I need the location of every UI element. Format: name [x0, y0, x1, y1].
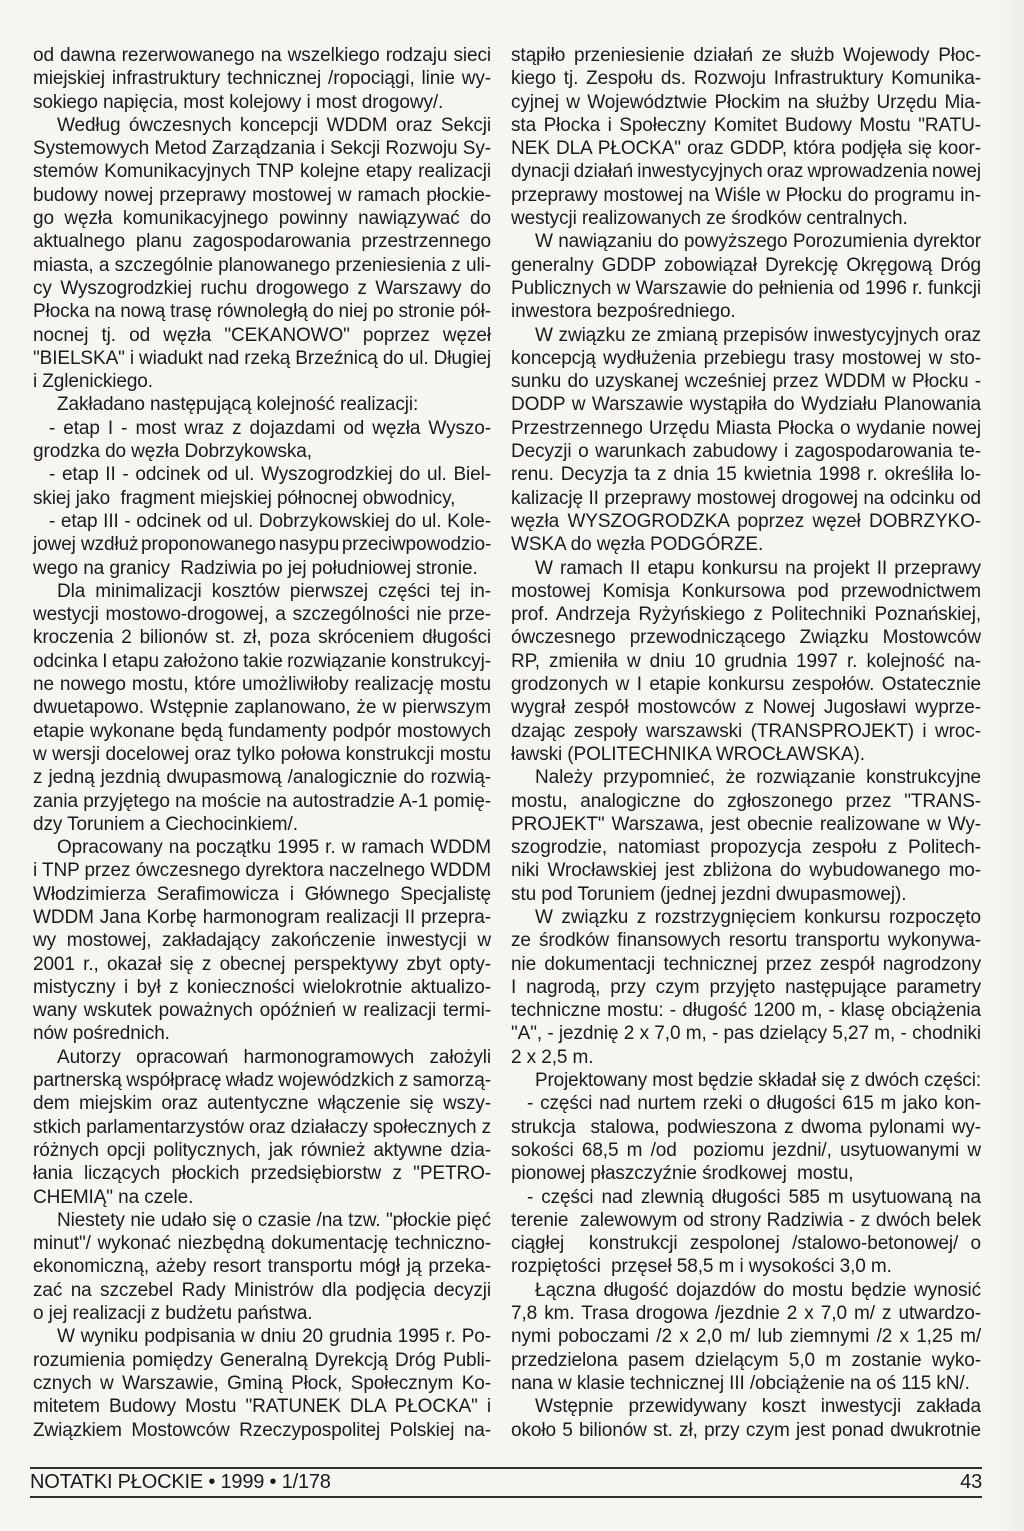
text-line-content: mostowej Komisja Konkursowa pod przewodn…	[511, 580, 981, 603]
text-line-content: grodzka do węzła Dobrzykowska,	[33, 440, 312, 463]
text-line-content: Publicznych w Warszawie do pełnienia od …	[511, 277, 981, 300]
text-line: wygrał zespół mostowców z Nowej Jugosław…	[511, 696, 981, 719]
text-line-content: sunku do uzyskanej wcześniej przez WDDM …	[511, 370, 981, 393]
text-line-content: mistyczny i był z konieczności wielokrot…	[33, 976, 491, 999]
text-line: sta Płocka i Społeczny Komitet Budowy Mo…	[511, 114, 981, 137]
text-line: W ramach II etapu konkursu na projekt II…	[511, 557, 981, 580]
text-line: - etap II - odcinek od ul. Wyszogrodzkie…	[33, 463, 491, 486]
text-line: nów pośrednich.	[33, 1022, 491, 1045]
text-line-content: Przestrzennego Urzędu Miasta Płocka o wy…	[511, 417, 981, 440]
text-line: Należy przypomnieć, że rozwiązanie konst…	[511, 766, 981, 789]
text-line-content: prof. Andrzeja Ryżyńskiego z Politechnik…	[511, 603, 981, 626]
text-line: grodzka do węzła Dobrzykowska,	[33, 440, 491, 463]
text-line-content: przeprawy mostowej na Wiśle w Płocku do …	[511, 184, 981, 207]
text-line-content: "A", - jezdnię 2 x 7,0 m, - pas dzielący…	[511, 1022, 981, 1045]
text-line: przedzielona pasem dzielącym 5,0 m zosta…	[511, 1349, 981, 1372]
text-line: Przestrzennego Urzędu Miasta Płocka o wy…	[511, 417, 981, 440]
text-line-content: - części nad zlewnią długości 585 m usyt…	[527, 1186, 981, 1209]
text-line: w wersji docelowej oraz tylko połowa kon…	[33, 743, 491, 766]
text-line: - części nad nurtem rzeki o długości 615…	[511, 1092, 981, 1115]
text-line-content: etapie wykonane będą fundamenty podpór m…	[33, 720, 491, 743]
text-line: dem miejskim oraz autentyczne włączenie …	[33, 1092, 491, 1115]
text-line: 7,8 km. Trasa drogowa /jezdnie 2 x 7,0 m…	[511, 1302, 981, 1325]
text-line-content: ówczesnego przewodniczącego Związku Most…	[511, 626, 981, 649]
text-line: westycji mostowo-drogowej, a szczególnoś…	[33, 603, 491, 626]
text-line-content: 7,8 km. Trasa drogowa /jezdnie 2 x 7,0 m…	[511, 1302, 981, 1325]
text-line: "A", - jezdnię 2 x 7,0 m, - pas dzielący…	[511, 1022, 981, 1045]
text-line-content: dzy Toruniem a Ciechocinkiem/.	[33, 813, 298, 836]
text-line-content: W związku ze zmianą przepisów inwestycyj…	[535, 324, 981, 347]
text-line: RP, zmieniła w dniu 10 grudnia 1997 r. k…	[511, 650, 981, 673]
text-line-content: i TNP przez ówczesnego dyrektora naczeln…	[33, 859, 491, 882]
text-line-content: ciągłej konstrukcji zespolonej /stalowo-…	[511, 1232, 981, 1255]
text-line-content: stąpiło przeniesienie działań ze służb W…	[511, 44, 981, 67]
text-line-content: w wersji docelowej oraz tylko połowa kon…	[33, 743, 491, 766]
text-line: grodzonych w I etapie konkursu zespołów.…	[511, 673, 981, 696]
text-line: Decyzji o warunkach zabudowy i zagospoda…	[511, 440, 981, 463]
text-line: ze środków finansowych resortu transport…	[511, 929, 981, 952]
text-line: inwestora bezpośredniego.	[511, 300, 981, 323]
text-line-content: przedzielona pasem dzielącym 5,0 m zosta…	[511, 1349, 981, 1372]
text-line-content: miejskiej infrastruktury technicznej /ro…	[33, 67, 491, 90]
text-line-content: CHEMIĄ" na czele.	[33, 1186, 193, 1209]
text-line: cznych w Warszawie, Gminą Płock, Społecz…	[33, 1372, 491, 1395]
text-line: I nagrodą, przy czym przyjęto następując…	[511, 976, 981, 999]
text-line-content: wego na granicy Radziwia po jej południo…	[33, 557, 478, 580]
text-line-content: nocnej tj. od węzła "CEKANOWO" poprzez w…	[33, 324, 491, 347]
text-line-content: mitetem Budowy Mostu "RATUNEK DLA PŁOCKA…	[33, 1395, 491, 1418]
text-line-content: Projektowany most będzie składał się z d…	[535, 1069, 981, 1092]
text-line: WDDM Jana Korbę harmonogram realizacji I…	[33, 906, 491, 929]
text-line-content: WSKA do węzła PODGÓRZE.	[511, 533, 763, 556]
text-line-content: generalny GDDP zobowiązał Dyrekcję Okręg…	[511, 254, 981, 277]
text-line-content: rozumienia pomiędzy Generalną Dyrekcją D…	[33, 1349, 491, 1372]
text-line: CHEMIĄ" na czele.	[33, 1186, 491, 1209]
text-line-content: renu. Decyzja ta z dnia 15 kwietnia 1998…	[511, 463, 981, 486]
text-line: dwuetapowo. Wstępnie zaplanowano, że w p…	[33, 696, 491, 719]
text-line: ekonomiczną, ażeby resort transportu móg…	[33, 1255, 491, 1278]
text-line: Publicznych w Warszawie do pełnienia od …	[511, 277, 981, 300]
text-line-content: inwestora bezpośredniego.	[511, 300, 736, 323]
footer-rule-bottom	[30, 1496, 982, 1498]
text-line-content: zania przyjętego na moście na autostradz…	[33, 790, 491, 813]
text-line: sunku do uzyskanej wcześniej przez WDDM …	[511, 370, 981, 393]
text-line-content: Opracowany na początku 1995 r. w ramach …	[57, 836, 491, 859]
text-line: westycji realizowanych ze środków centra…	[511, 207, 981, 230]
text-line-content: cznych w Warszawie, Gminą Płock, Społecz…	[33, 1372, 491, 1395]
text-line: W wyniku podpisania w dniu 20 grudnia 19…	[33, 1325, 491, 1348]
text-line: Płocka na nową trasę równoległą do niej …	[33, 300, 491, 323]
text-line: Autorzy opracowań harmonogramowych założ…	[33, 1046, 491, 1069]
text-line: etapie wykonane będą fundamenty podpór m…	[33, 720, 491, 743]
text-line-content: Łączna długość dojazdów do mostu będzie …	[535, 1279, 981, 1302]
left-column: od dawna rezerwowanego na wszelkiego rod…	[33, 44, 491, 1442]
text-line: Niestety nie udało się o czasie /na tzw.…	[33, 1209, 491, 1232]
text-line: W nawiązaniu do powyższego Porozumienia …	[511, 230, 981, 253]
text-line: minut"/ wykonać niezbędną dokumentację t…	[33, 1232, 491, 1255]
text-line: o jej realizacji z budżetu państwa.	[33, 1302, 491, 1325]
text-line: nana w klasie technicznej III /obciążeni…	[511, 1372, 981, 1395]
text-line: odcinka I etapu założono takie rozwiązan…	[33, 650, 491, 673]
text-line-content: terenie zalewowym od strony Radziwia - z…	[511, 1209, 981, 1232]
text-line-content: Wstępnie przewidywany koszt inwestycji z…	[535, 1395, 981, 1418]
text-line: kiego tj. Zespołu ds. Rozwoju Infrastruk…	[511, 67, 981, 90]
text-line-content: kroczenia 2 bilionów st. zł, poza skróce…	[33, 626, 491, 649]
text-line: stu pod Toruniem (jednej jezdni dwupasmo…	[511, 883, 981, 906]
text-line-content: stu pod Toruniem (jednej jezdni dwupasmo…	[511, 883, 906, 906]
text-line-content: Niestety nie udało się o czasie /na tzw.…	[57, 1209, 491, 1232]
text-line: sokiego napięcia, most kolejowy i most d…	[33, 91, 491, 114]
text-line-content: pionowej płaszczyźnie środkowej mostu,	[511, 1162, 853, 1185]
text-line: miejskiej infrastruktury technicznej /ro…	[33, 67, 491, 90]
text-line: około 5 bilionów st. zł, przy czym jest …	[511, 1419, 981, 1442]
text-line-content: o jej realizacji z budżetu państwa.	[33, 1302, 313, 1325]
text-line: Związkiem Mostowców Rzeczypospolitej Pol…	[33, 1419, 491, 1442]
text-line: budowy nowej przeprawy mostowej w ramach…	[33, 184, 491, 207]
text-line: i TNP przez ówczesnego dyrektora naczeln…	[33, 859, 491, 882]
scanned-journal-page: od dawna rezerwowanego na wszelkiego rod…	[0, 0, 1024, 1531]
text-line: mostu, analogiczne do zgłoszonego przez …	[511, 790, 981, 813]
text-line-content: ławski (POLITECHNIKA WROCŁAWSKA).	[511, 743, 865, 766]
text-line: jowej wzdłuż proponowanego nasypu przeci…	[33, 533, 491, 556]
text-line-content: wy mostowej, zakładający zakończenie inw…	[33, 929, 491, 952]
text-line: PROJEKT" Warszawa, jest obecnie realizow…	[511, 813, 981, 836]
text-line: Projektowany most będzie składał się z d…	[511, 1069, 981, 1092]
text-line: łania liczących płockich przedsiębiorstw…	[33, 1162, 491, 1185]
text-line-content: - etap II - odcinek od ul. Wyszogrodzkie…	[49, 463, 491, 486]
text-line: wany wskutek poważnych opóźnień w realiz…	[33, 999, 491, 1022]
text-line: Łączna długość dojazdów do mostu będzie …	[511, 1279, 981, 1302]
text-line: 2001 r., okazał się z obecnej perspektyw…	[33, 953, 491, 976]
text-line-content: Według ówczesnych koncepcji WDDM oraz Se…	[57, 114, 491, 137]
text-line-content: koncepcją wydłużenia przebiegu trasy mos…	[511, 347, 981, 370]
text-line-content: W wyniku podpisania w dniu 20 grudnia 19…	[57, 1325, 491, 1348]
text-line-content: ne nowego mostu, które umożliwiłoby real…	[33, 673, 491, 696]
text-line: mostowej Komisja Konkursowa pod przewodn…	[511, 580, 981, 603]
text-line-content: "BIELSKA" i wiadukt nad rzeką Brzeźnicą …	[33, 347, 491, 370]
text-line: Systemowych Metod Zarządzania i Sekcji R…	[33, 137, 491, 160]
text-line-content: zać na szczebel Rady Ministrów dla podję…	[33, 1279, 491, 1302]
text-line-content: strukcja stalowa, podwieszona z dwoma py…	[511, 1116, 981, 1139]
text-line: WSKA do węzła PODGÓRZE.	[511, 533, 981, 556]
text-line: "BIELSKA" i wiadukt nad rzeką Brzeźnicą …	[33, 347, 491, 370]
text-line-content: jowej wzdłuż proponowanego nasypu przeci…	[33, 533, 491, 556]
text-line-content: nów pośrednich.	[33, 1022, 170, 1045]
text-line: generalny GDDP zobowiązał Dyrekcję Okręg…	[511, 254, 981, 277]
text-line: - etap I - most wraz z dojazdami od węzł…	[33, 417, 491, 440]
text-line: ławski (POLITECHNIKA WROCŁAWSKA).	[511, 743, 981, 766]
text-line-content: około 5 bilionów st. zł, przy czym jest …	[511, 1419, 981, 1442]
text-line-content: ekonomiczną, ażeby resort transportu móg…	[33, 1255, 491, 1278]
text-line: węzła WYSZOGRODZKA poprzez węzeł DOBRZYK…	[511, 510, 981, 533]
text-line-content: ze środków finansowych resortu transport…	[511, 929, 981, 952]
text-line-content: z jedną jezdnią dwupasmową /analogicznie…	[33, 766, 491, 789]
text-line: kalizację II przeprawy mostowej drogowej…	[511, 487, 981, 510]
text-line-content: 2 x 2,5 m.	[511, 1046, 593, 1069]
text-line: W związku z rozstrzygnięciem konkursu ro…	[511, 906, 981, 929]
text-line: Wstępnie przewidywany koszt inwestycji z…	[511, 1395, 981, 1418]
text-line: szogrodzie, natomiast propozycja zespołu…	[511, 836, 981, 859]
text-line-content: odcinka I etapu założono takie rozwiązan…	[33, 650, 491, 673]
text-line: rozpiętości przęseł 58,5 m i wysokości 3…	[511, 1255, 981, 1278]
text-line-content: W nawiązaniu do powyższego Porozumienia …	[535, 230, 981, 253]
text-line-content: dem miejskim oraz autentyczne włączenie …	[33, 1092, 491, 1115]
article-body: od dawna rezerwowanego na wszelkiego rod…	[33, 44, 981, 1442]
right-column: stąpiło przeniesienie działań ze służb W…	[511, 44, 981, 1442]
text-line-content: skiej jako fragment miejskiej północnej …	[33, 487, 455, 510]
text-line-content: wygrał zespół mostowców z Nowej Jugosław…	[511, 696, 981, 719]
text-line-content: nie dokumentacji technicznej przez zespó…	[511, 953, 981, 976]
text-line-content: i Zglenickiego.	[33, 370, 153, 393]
text-line-content: go węzła komunikacyjnego powinny nawiązy…	[33, 207, 491, 230]
text-line-content: westycji mostowo-drogowej, a szczególnoś…	[33, 603, 491, 626]
text-line: Włodzimierza Serafimowicza i Głównego Sp…	[33, 883, 491, 906]
text-line-content: I nagrodą, przy czym przyjęto następując…	[511, 976, 981, 999]
text-line: stąpiło przeniesienie działań ze służb W…	[511, 44, 981, 67]
text-line-content: nymi poboczami /2 x 2,0 m/ lub ziemnymi …	[511, 1325, 981, 1348]
text-line-content: aktualnego planu zagospodarowania przest…	[33, 230, 491, 253]
text-line: - etap III - odcinek od ul. Dobrzykowski…	[33, 510, 491, 533]
text-line-content: stemów Komunikacyjnych TNP kolejne etapy…	[33, 160, 491, 183]
text-line: mitetem Budowy Mostu "RATUNEK DLA PŁOCKA…	[33, 1395, 491, 1418]
text-line: 2 x 2,5 m.	[511, 1046, 981, 1069]
text-line-content: szogrodzie, natomiast propozycja zespołu…	[511, 836, 981, 859]
text-line-content: PROJEKT" Warszawa, jest obecnie realizow…	[511, 813, 981, 836]
text-line: wego na granicy Radziwia po jej południo…	[33, 557, 491, 580]
text-line-content: DODP w Warszawie wystąpiła do Wydziału P…	[511, 393, 981, 416]
text-line-content: dzając zespoły warszawski (TRANSPROJEKT)…	[511, 720, 981, 743]
text-line-content: mostu, analogiczne do zgłoszonego przez …	[511, 790, 981, 813]
text-line: dzy Toruniem a Ciechocinkiem/.	[33, 813, 491, 836]
text-line-content: techniczne mostu: - długość 1200 m, - kl…	[511, 999, 981, 1022]
text-line-content: Płocka na nową trasę równoległą do niej …	[33, 300, 491, 323]
text-line-content: westycji realizowanych ze środków centra…	[511, 207, 908, 230]
text-line-content: - etap III - odcinek od ul. Dobrzykowski…	[49, 510, 491, 533]
text-line: miasta, a szczególnie planowanego przeni…	[33, 254, 491, 277]
footer-row: NOTATKI PŁOCKIE • 1999 • 1/178 43	[30, 1469, 982, 1496]
text-line: od dawna rezerwowanego na wszelkiego rod…	[33, 44, 491, 67]
text-line: cyjnej w Województwie Płockim na służby …	[511, 91, 981, 114]
text-line-content: łania liczących płockich przedsiębiorstw…	[33, 1162, 491, 1185]
text-line-content: kiego tj. Zespołu ds. Rozwoju Infrastruk…	[511, 67, 981, 90]
text-line-content: Związkiem Mostowców Rzeczypospolitej Pol…	[33, 1419, 491, 1442]
text-line: NEK DLA PŁOCKA" oraz GDDP, która podjęła…	[511, 137, 981, 160]
text-line: i Zglenickiego.	[33, 370, 491, 393]
text-line-content: cyjnej w Województwie Płockim na służby …	[511, 91, 981, 114]
text-line-content: sokiego napięcia, most kolejowy i most d…	[33, 91, 443, 114]
text-line: nie dokumentacji technicznej przez zespó…	[511, 953, 981, 976]
text-line: go węzła komunikacyjnego powinny nawiązy…	[33, 207, 491, 230]
text-line: Dla minimalizacji kosztów pierwszej częś…	[33, 580, 491, 603]
text-line: różnych opcji politycznych, jak również …	[33, 1139, 491, 1162]
text-line-content: cy Wyszogrodzkiej ruchu drogowego z Wars…	[33, 277, 491, 300]
text-line-content: 2001 r., okazał się z obecnej perspektyw…	[33, 953, 491, 976]
text-line-content: Autorzy opracowań harmonogramowych założ…	[57, 1046, 491, 1069]
text-line-content: W ramach II etapu konkursu na projekt II…	[535, 557, 981, 580]
text-line: z jedną jezdnią dwupasmową /analogicznie…	[33, 766, 491, 789]
text-line-content: wany wskutek poważnych opóźnień w realiz…	[33, 999, 491, 1022]
text-line: kroczenia 2 bilionów st. zł, poza skróce…	[33, 626, 491, 649]
text-line-content: dynacji działań inwestycyjnych oraz wpro…	[511, 160, 981, 183]
text-line-content: miasta, a szczególnie planowanego przeni…	[33, 254, 491, 277]
text-line-content: WDDM Jana Korbę harmonogram realizacji I…	[33, 906, 491, 929]
text-line-content: Należy przypomnieć, że rozwiązanie konst…	[535, 766, 981, 789]
text-line: - części nad zlewnią długości 585 m usyt…	[511, 1186, 981, 1209]
text-line: Opracowany na początku 1995 r. w ramach …	[33, 836, 491, 859]
text-line-content: Włodzimierza Serafimowicza i Głównego Sp…	[33, 883, 491, 906]
text-line: Zakładano następującą kolejność realizac…	[33, 393, 491, 416]
text-line: pionowej płaszczyźnie środkowej mostu,	[511, 1162, 981, 1185]
text-line: koncepcją wydłużenia przebiegu trasy mos…	[511, 347, 981, 370]
text-line-content: kalizację II przeprawy mostowej drogowej…	[511, 487, 981, 510]
text-line: strukcja stalowa, podwieszona z dwoma py…	[511, 1116, 981, 1139]
text-line: niki Wrocławskiej jest zbliżona do wybud…	[511, 859, 981, 882]
text-line: rozumienia pomiędzy Generalną Dyrekcją D…	[33, 1349, 491, 1372]
text-line: prof. Andrzeja Ryżyńskiego z Politechnik…	[511, 603, 981, 626]
text-line-content: W związku z rozstrzygnięciem konkursu ro…	[535, 906, 981, 929]
text-line-content: Dla minimalizacji kosztów pierwszej częś…	[57, 580, 491, 603]
text-line-content: Zakładano następującą kolejność realizac…	[57, 393, 418, 416]
text-line-content: od dawna rezerwowanego na wszelkiego rod…	[33, 44, 491, 67]
text-line: dzając zespoły warszawski (TRANSPROJEKT)…	[511, 720, 981, 743]
text-line: ciągłej konstrukcji zespolonej /stalowo-…	[511, 1232, 981, 1255]
text-line-content: grodzonych w I etapie konkursu zespołów.…	[511, 673, 981, 696]
text-line: dynacji działań inwestycyjnych oraz wpro…	[511, 160, 981, 183]
text-line-content: dwuetapowo. Wstępnie zaplanowano, że w p…	[33, 696, 491, 719]
text-line: stemów Komunikacyjnych TNP kolejne etapy…	[33, 160, 491, 183]
text-line: ówczesnego przewodniczącego Związku Most…	[511, 626, 981, 649]
text-line: mistyczny i był z konieczności wielokrot…	[33, 976, 491, 999]
text-line-content: stkich parlamentarzystów oraz działaczy …	[33, 1116, 491, 1139]
text-line: aktualnego planu zagospodarowania przest…	[33, 230, 491, 253]
text-line-content: - etap I - most wraz z dojazdami od węzł…	[49, 417, 491, 440]
text-line: cy Wyszogrodzkiej ruchu drogowego z Wars…	[33, 277, 491, 300]
text-line: partnerską współpracę władz wojewódzkich…	[33, 1069, 491, 1092]
text-line-content: partnerską współpracę władz wojewódzkich…	[33, 1069, 491, 1092]
page-number: 43	[960, 1471, 982, 1494]
text-line: W związku ze zmianą przepisów inwestycyj…	[511, 324, 981, 347]
text-line-content: nana w klasie technicznej III /obciążeni…	[511, 1372, 970, 1395]
text-line: techniczne mostu: - długość 1200 m, - kl…	[511, 999, 981, 1022]
text-line: nymi poboczami /2 x 2,0 m/ lub ziemnymi …	[511, 1325, 981, 1348]
text-line: zania przyjętego na moście na autostradz…	[33, 790, 491, 813]
text-line-content: Systemowych Metod Zarządzania i Sekcji R…	[33, 137, 491, 160]
text-line: terenie zalewowym od strony Radziwia - z…	[511, 1209, 981, 1232]
text-line: zać na szczebel Rady Ministrów dla podję…	[33, 1279, 491, 1302]
text-line: przeprawy mostowej na Wiśle w Płocku do …	[511, 184, 981, 207]
text-line-content: rozpiętości przęseł 58,5 m i wysokości 3…	[511, 1255, 892, 1278]
page-footer: NOTATKI PŁOCKIE • 1999 • 1/178 43	[30, 1467, 982, 1498]
text-line-content: RP, zmieniła w dniu 10 grudnia 1997 r. k…	[511, 650, 981, 673]
text-line: sokości 68,5 m /od poziomu jezdni/, usyt…	[511, 1139, 981, 1162]
text-line-content: Decyzji o warunkach zabudowy i zagospoda…	[511, 440, 981, 463]
text-line: Według ówczesnych koncepcji WDDM oraz Se…	[33, 114, 491, 137]
text-line-content: węzła WYSZOGRODZKA poprzez węzeł DOBRZYK…	[511, 510, 981, 533]
text-line-content: sokości 68,5 m /od poziomu jezdni/, usyt…	[511, 1139, 981, 1162]
text-line: wy mostowej, zakładający zakończenie inw…	[33, 929, 491, 952]
journal-title: NOTATKI PŁOCKIE • 1999 • 1/178	[30, 1471, 331, 1494]
text-line-content: budowy nowej przeprawy mostowej w ramach…	[33, 184, 491, 207]
text-line: skiej jako fragment miejskiej północnej …	[33, 487, 491, 510]
text-line: ne nowego mostu, które umożliwiłoby real…	[33, 673, 491, 696]
text-line: stkich parlamentarzystów oraz działaczy …	[33, 1116, 491, 1139]
text-line-content: różnych opcji politycznych, jak również …	[33, 1139, 491, 1162]
text-line: nocnej tj. od węzła "CEKANOWO" poprzez w…	[33, 324, 491, 347]
text-line-content: sta Płocka i Społeczny Komitet Budowy Mo…	[511, 114, 981, 137]
text-line: DODP w Warszawie wystąpiła do Wydziału P…	[511, 393, 981, 416]
text-line: renu. Decyzja ta z dnia 15 kwietnia 1998…	[511, 463, 981, 486]
text-line-content: niki Wrocławskiej jest zbliżona do wybud…	[511, 859, 981, 882]
text-line-content: - części nad nurtem rzeki o długości 615…	[527, 1092, 981, 1115]
text-line-content: NEK DLA PŁOCKA" oraz GDDP, która podjęła…	[511, 137, 981, 160]
text-line-content: minut"/ wykonać niezbędną dokumentację t…	[33, 1232, 491, 1255]
